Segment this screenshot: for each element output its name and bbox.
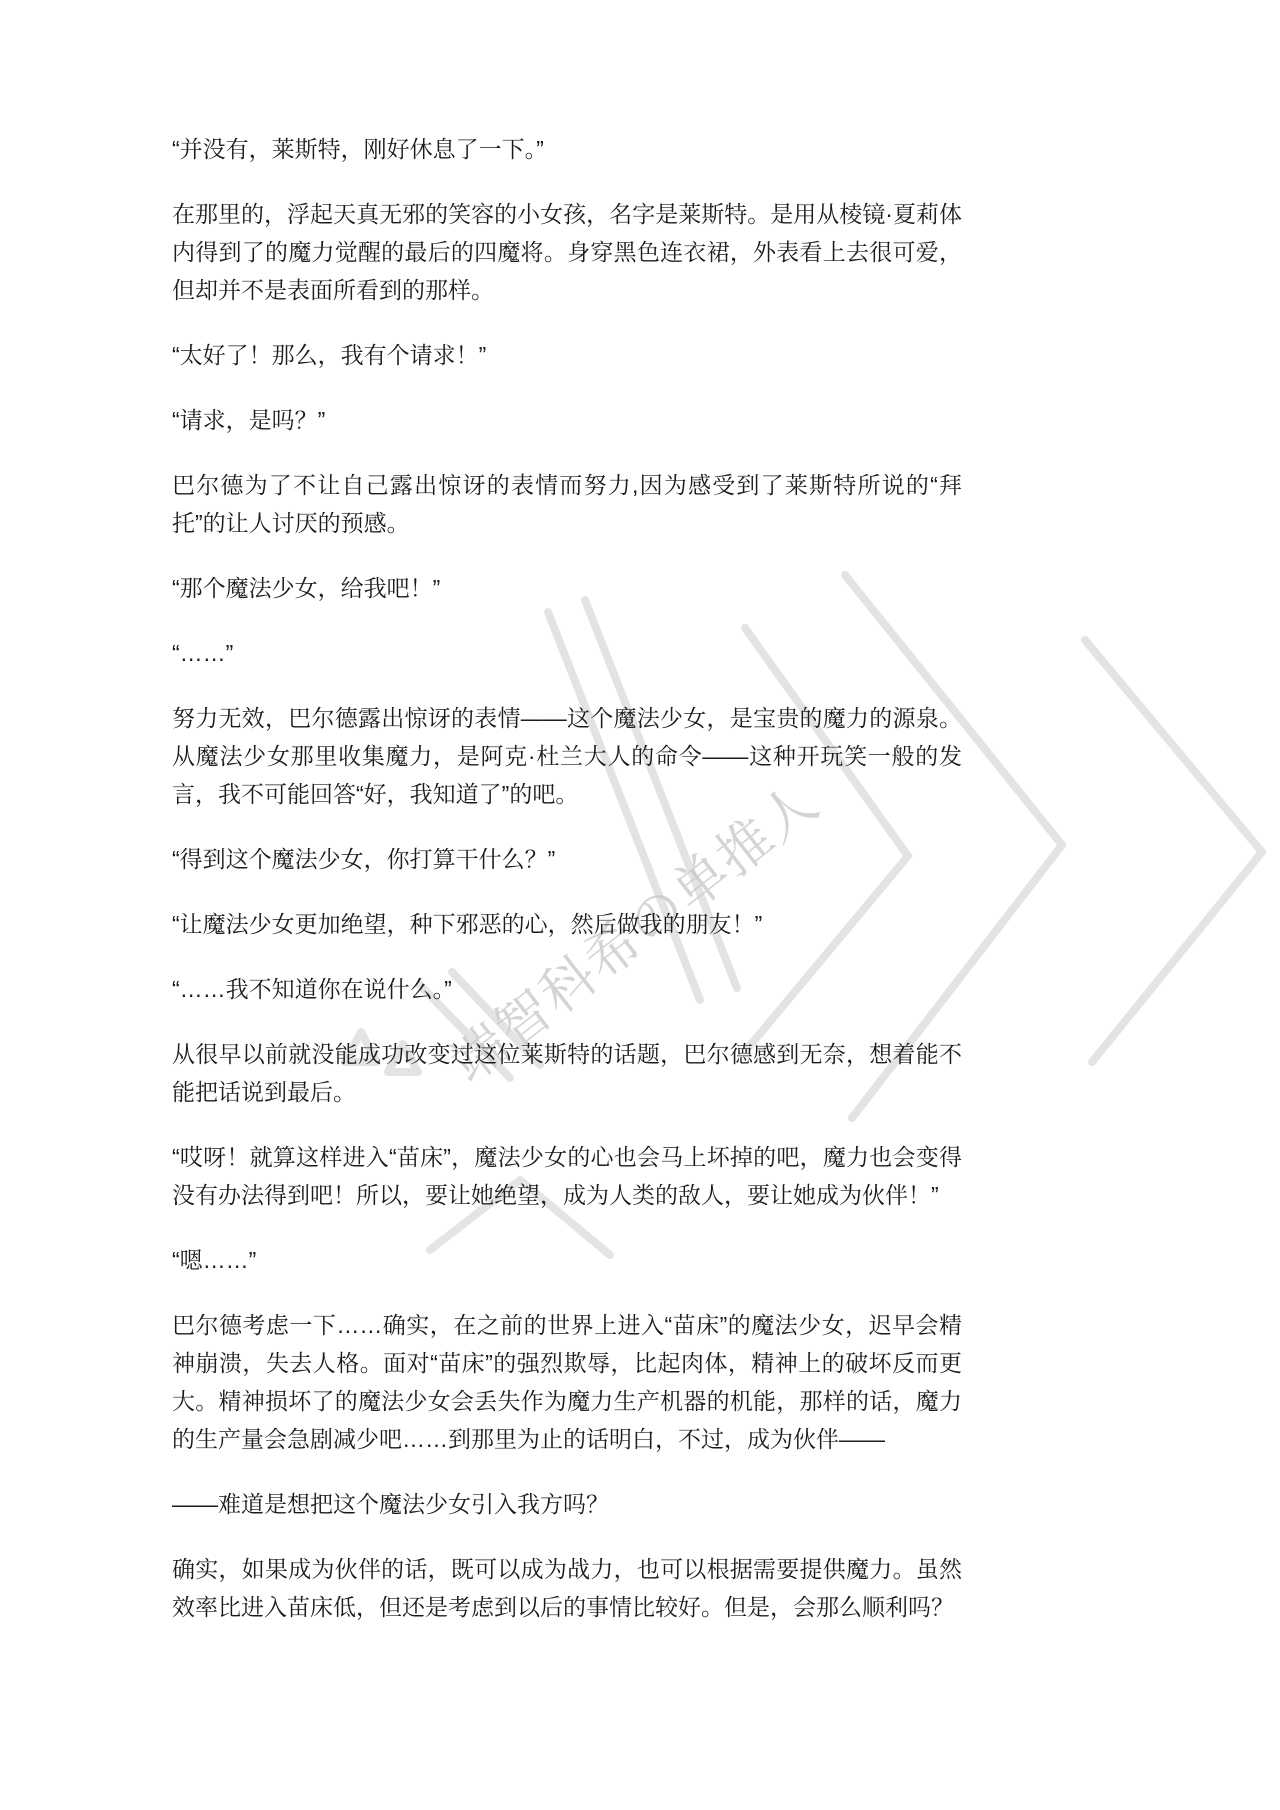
paragraph-dialogue: “哎呀！就算这样进入“苗床”，魔法少女的心也会马上坏掉的吧，魔力也会变得没有办法… [172,1138,962,1214]
paragraph-narration: 巴尔德为了不让自己露出惊讶的表情而努力,因为感受到了莱斯特所说的“拜托”的让人讨… [172,466,962,542]
paragraph-narration: 从很早以前就没能成功改变过这位莱斯特的话题，巴尔德感到无奈，想着能不能把话说到最… [172,1035,962,1111]
paragraph-narration: 在那里的，浮起天真无邪的笑容的小女孩，名字是莱斯特。是用从棱镜·夏莉体内得到了的… [172,195,962,309]
paragraph-dialogue: “……” [172,634,962,672]
novel-text-body: “并没有，莱斯特，刚好休息了一下。”在那里的，浮起天真无邪的笑容的小女孩，名字是… [172,130,962,1653]
paragraph-narration: 确实，如果成为伙伴的话，既可以成为战力，也可以根据需要提供魔力。虽然效率比进入苗… [172,1550,962,1626]
paragraph-dialogue: “请求，是吗？” [172,401,962,439]
paragraph-narration: 努力无效，巴尔德露出惊讶的表情——这个魔法少女，是宝贵的魔力的源泉。从魔法少女那… [172,699,962,813]
paragraph-dialogue: “……我不知道你在说什么。” [172,970,962,1008]
paragraph-dialogue: “让魔法少女更加绝望，种下邪恶的心，然后做我的朋友！” [172,905,962,943]
paragraph-dialogue: “太好了！那么，我有个请求！” [172,336,962,374]
paragraph-dialogue: “嗯……” [172,1241,962,1279]
paragraph-dialogue: “得到这个魔法少女，你打算干什么？” [172,840,962,878]
paragraph-narration: 巴尔德考虑一下……确实，在之前的世界上进入“苗床”的魔法少女，迟早会精神崩溃，失… [172,1306,962,1458]
paragraph-narration: ——难道是想把这个魔法少女引入我方吗？ [172,1485,962,1523]
paragraph-dialogue: “并没有，莱斯特，刚好休息了一下。” [172,130,962,168]
document-page: 端智科希の单推人 “并没有，莱斯特，刚好休息了一下。”在那里的，浮起天真无邪的笑… [0,0,1280,1810]
paragraph-dialogue: “那个魔法少女，给我吧！” [172,569,962,607]
